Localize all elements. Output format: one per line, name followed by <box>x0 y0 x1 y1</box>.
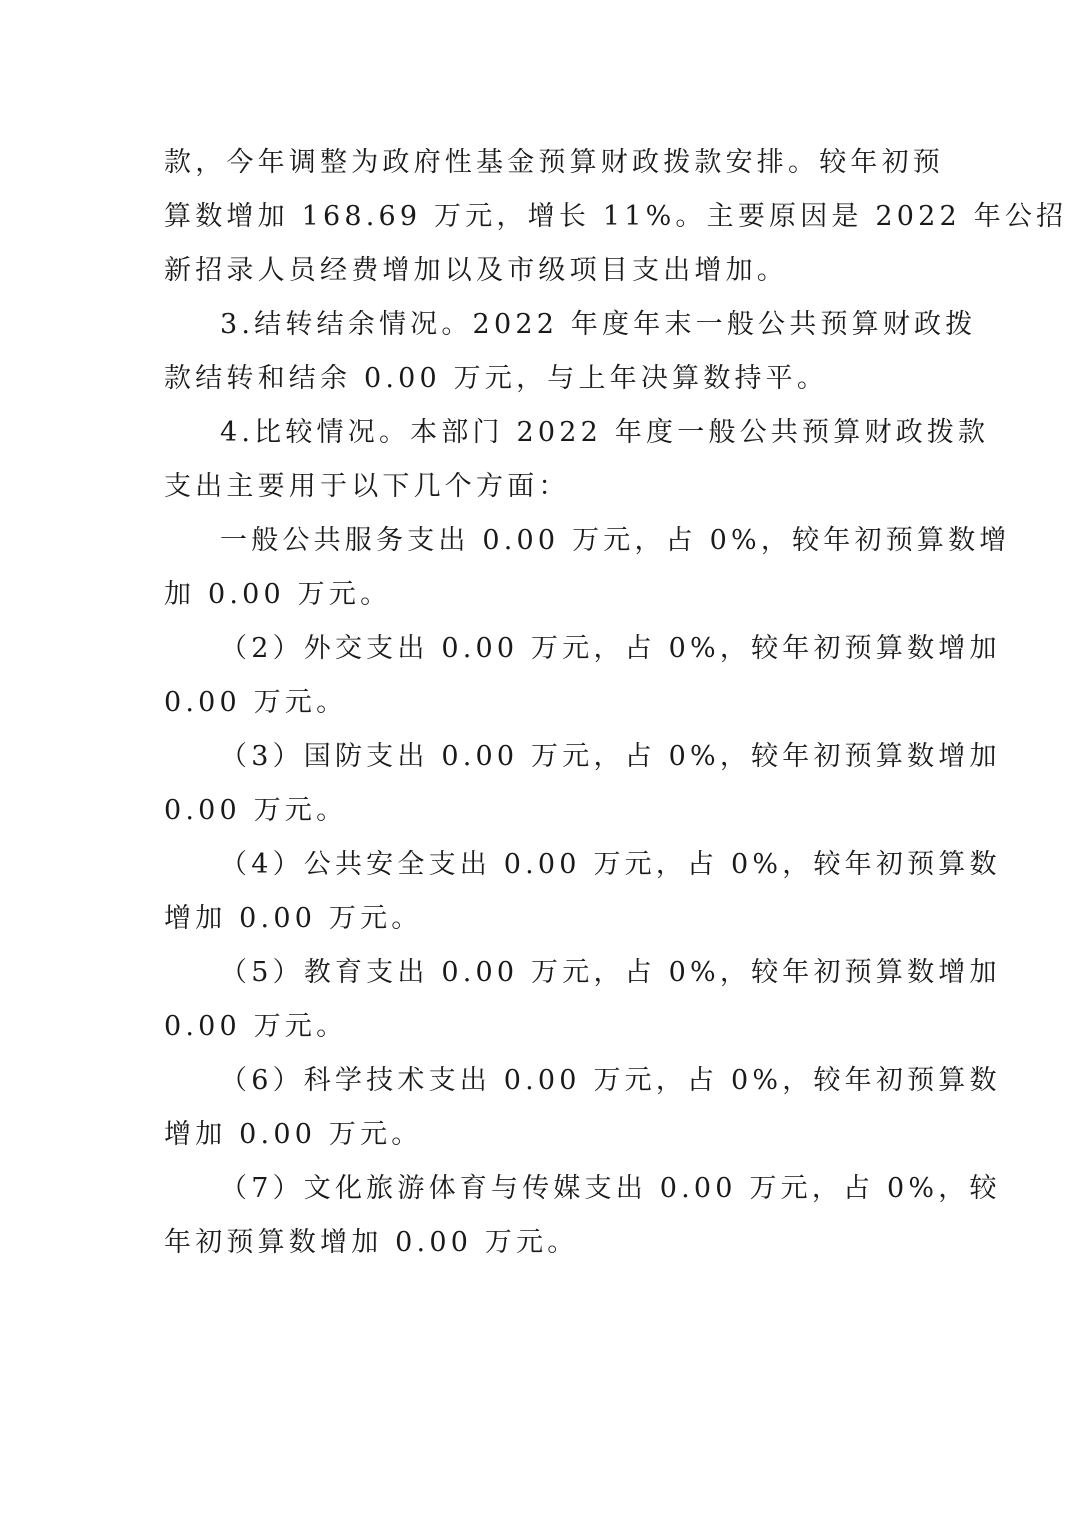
text-line: （3）国防支出 0.00 万元，占 0%，较年初预算数增加 <box>164 730 912 784</box>
text-line: 0.00 万元。 <box>164 1000 912 1054</box>
text-line: （2）外交支出 0.00 万元，占 0%，较年初预算数增加 <box>164 622 912 676</box>
expenditure-item-education: （5）教育支出 0.00 万元，占 0%，较年初预算数增加 0.00 万元。 <box>164 946 912 1054</box>
text-line: （4）公共安全支出 0.00 万元，占 0%，较年初预算数 <box>164 838 912 892</box>
text-line: 款结转和结余 0.00 万元，与上年决算数持平。 <box>164 352 912 406</box>
expenditure-item-culture-tourism-sports-media: （7）文化旅游体育与传媒支出 0.00 万元，占 0%，较 年初预算数增加 0.… <box>164 1162 912 1270</box>
expenditure-item-diplomacy: （2）外交支出 0.00 万元，占 0%，较年初预算数增加 0.00 万元。 <box>164 622 912 730</box>
text-line: 3.结转结余情况。2022 年度年末一般公共预算财政拨 <box>164 298 912 352</box>
document-page: 款，今年调整为政府性基金预算财政拨款安排。较年初预 算数增加 168.69 万元… <box>0 0 1075 1521</box>
text-line: 算数增加 168.69 万元，增长 11%。主要原因是 2022 年公招 <box>164 190 912 244</box>
text-line: 4.比较情况。本部门 2022 年度一般公共预算财政拨款 <box>164 406 912 460</box>
text-line: 新招录人员经费增加以及市级项目支出增加。 <box>164 244 912 298</box>
text-line: 款，今年调整为政府性基金预算财政拨款安排。较年初预 <box>164 136 912 190</box>
expenditure-item-general-public-services: 一般公共服务支出 0.00 万元，占 0%，较年初预算数增 加 0.00 万元。 <box>164 514 912 622</box>
expenditure-item-public-safety: （4）公共安全支出 0.00 万元，占 0%，较年初预算数 增加 0.00 万元… <box>164 838 912 946</box>
text-line: 增加 0.00 万元。 <box>164 1108 912 1162</box>
text-line: 0.00 万元。 <box>164 676 912 730</box>
text-line: 增加 0.00 万元。 <box>164 892 912 946</box>
text-line: （5）教育支出 0.00 万元，占 0%，较年初预算数增加 <box>164 946 912 1000</box>
text-line: 一般公共服务支出 0.00 万元，占 0%，较年初预算数增 <box>164 514 912 568</box>
paragraph-fund-adjustment: 款，今年调整为政府性基金预算财政拨款安排。较年初预 算数增加 168.69 万元… <box>164 136 912 298</box>
text-line: 支出主要用于以下几个方面： <box>164 460 912 514</box>
text-line: 0.00 万元。 <box>164 784 912 838</box>
text-line: （6）科学技术支出 0.00 万元，占 0%，较年初预算数 <box>164 1054 912 1108</box>
expenditure-item-science-tech: （6）科学技术支出 0.00 万元，占 0%，较年初预算数 增加 0.00 万元… <box>164 1054 912 1162</box>
expenditure-item-defense: （3）国防支出 0.00 万元，占 0%，较年初预算数增加 0.00 万元。 <box>164 730 912 838</box>
document-body: 款，今年调整为政府性基金预算财政拨款安排。较年初预 算数增加 168.69 万元… <box>164 136 912 1270</box>
text-line: 加 0.00 万元。 <box>164 568 912 622</box>
text-line: 年初预算数增加 0.00 万元。 <box>164 1216 912 1270</box>
paragraph-comparison: 4.比较情况。本部门 2022 年度一般公共预算财政拨款 支出主要用于以下几个方… <box>164 406 912 514</box>
paragraph-carryover: 3.结转结余情况。2022 年度年末一般公共预算财政拨 款结转和结余 0.00 … <box>164 298 912 406</box>
text-line: （7）文化旅游体育与传媒支出 0.00 万元，占 0%，较 <box>164 1162 912 1216</box>
